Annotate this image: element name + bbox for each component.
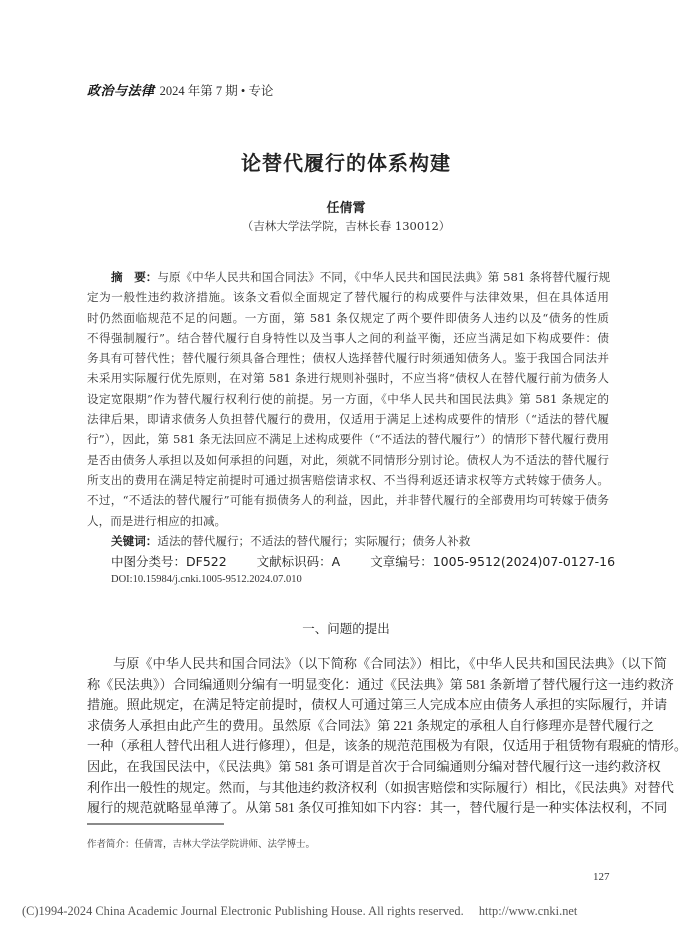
- body-line: 一种（承租人替代出租人进行修理），但是，该条的规范范围极为有限，仅适用于租赁物有…: [87, 736, 609, 757]
- copyright-notice: (C)1994-2024 China Academic Journal Elec…: [22, 904, 464, 918]
- footnote-divider: [87, 823, 224, 825]
- abstract-line: 未采用实际履行优先原则，在对第 581 条进行规则补强时，不应当将“债权人在替代…: [87, 368, 609, 388]
- abstract-line: 设定宽限期”作为替代履行权利行使的前提。另一方面，《中华人民共和国民法典》第 5…: [87, 389, 609, 409]
- journal-logo: 政治与法律: [87, 84, 155, 99]
- keywords-value: 适法的替代履行；不适法的替代履行；实际履行；债务人补救: [157, 534, 470, 548]
- abstract-line: 定为一般性违约救济措施。该条文看似全面规定了替代履行的构成要件与法律效果，但在具…: [87, 287, 609, 307]
- abstract: 摘 要：与原《中华人民共和国合同法》不同，《中华人民共和国民法典》第 581 条…: [87, 267, 609, 531]
- abstract-line: 所支出的费用在满足特定前提时可通过损害赔偿请求权、不当得利返还请求权等方式转嫁于…: [87, 470, 609, 490]
- clc-number: 中图分类号：DF522: [111, 554, 227, 569]
- abstract-line: 不得强制履行”。结合替代履行自身特性以及当事人之间的利益平衡，还应当满足如下构成…: [87, 328, 609, 348]
- body-line: 利作出一般性的规定。然而，与其他违约救济权利（如损害赔偿和实际履行）相比，《民法…: [87, 778, 609, 799]
- copyright-footer: (C)1994-2024 China Academic Journal Elec…: [22, 904, 577, 919]
- abstract-line: 不过，“不适法的替代履行”可能有损债务人的利益，因此，并非替代履行的全部费用均可…: [87, 490, 609, 510]
- author-bio-footnote: 作者简介：任倩霄，吉林大学法学院讲师、法学博士。: [87, 836, 315, 850]
- body-text: 与原《中华人民共和国合同法》（以下简称《合同法》）相比，《中华人民共和国民法典》…: [87, 654, 609, 819]
- article-number: 文章编号：1005-9512(2024)07-0127-16: [370, 554, 615, 569]
- abstract-line: 是否由债务人承担以及如何承担的问题，对此，须就不同情形分别讨论。债权人为不适法的…: [87, 450, 609, 470]
- cnki-link[interactable]: http://www.cnki.net: [479, 904, 578, 918]
- abstract-line: 务具有可替代性；替代履行须具备合理性；债权人选择替代履行时须通知债务人。鉴于我国…: [87, 348, 609, 368]
- running-header: 政治与法律 2024 年第 7 期 • 专论: [87, 80, 273, 99]
- body-line: 求债务人承担由此产生的费用。虽然原《合同法》第 221 条规定的承租人自行修理亦…: [87, 716, 609, 737]
- keywords-label: 关键词：: [111, 534, 157, 548]
- page-number: 127: [593, 871, 610, 883]
- article-title: 论替代履行的体系构建: [0, 147, 692, 176]
- author-name: 任倩霄: [0, 197, 692, 216]
- keywords: 关键词：适法的替代履行；不适法的替代履行；实际履行；债务人补救: [111, 533, 470, 549]
- body-line: 因此，在我国民法中，《民法典》第 581 条可谓是首次于合同编通则分编对替代履行…: [87, 757, 609, 778]
- body-line: 履行的规范就略显单薄了。从第 581 条仅可推知如下内容：其一，替代履行是一种实…: [87, 798, 609, 819]
- abstract-line: 时仍然面临规范不足的问题。一方面，第 581 条仅规定了两个要件即债务人违约以及…: [87, 308, 609, 328]
- body-line: 与原《中华人民共和国合同法》（以下简称《合同法》）相比，《中华人民共和国民法典》…: [87, 654, 609, 675]
- abstract-line: 摘 要：与原《中华人民共和国合同法》不同，《中华人民共和国民法典》第 581 条…: [87, 267, 609, 287]
- abstract-text: 与原《中华人民共和国合同法》不同，《中华人民共和国民法典》第 581 条将替代履…: [157, 270, 610, 284]
- section-heading: 一、问题的提出: [0, 619, 692, 637]
- body-line: 措施。照此规定，在满足特定前提时，债权人可通过第三人完成本应由债务人承担的实际履…: [87, 695, 609, 716]
- author-affiliation: （吉林大学法学院，吉林长春 130012）: [0, 218, 692, 234]
- abstract-line: 法律后果，即请求债务人负担替代履行的费用，仅适用于满足上述构成要件的情形（“适法…: [87, 409, 609, 429]
- doi[interactable]: DOI:10.15984/j.cnki.1005-9512.2024.07.01…: [111, 574, 302, 585]
- issue-info: 2024 年第 7 期 • 专论: [160, 84, 274, 98]
- body-line: 称《民法典》）合同编通则分编有一明显变化：通过《民法典》第 581 条新增了替代…: [87, 675, 609, 696]
- abstract-line: 行”），因此，第 581 条无法回应不满足上述构成要件（“不适法的替代履行”）的…: [87, 429, 609, 449]
- document-code: 文献标识码：A: [257, 554, 341, 569]
- abstract-line: 人，而是进行相应的扣减。: [87, 511, 609, 531]
- classification-info: 中图分类号：DF522 文献标识码：A 文章编号：1005-9512(2024)…: [111, 552, 641, 570]
- abstract-label: 摘 要：: [87, 270, 157, 284]
